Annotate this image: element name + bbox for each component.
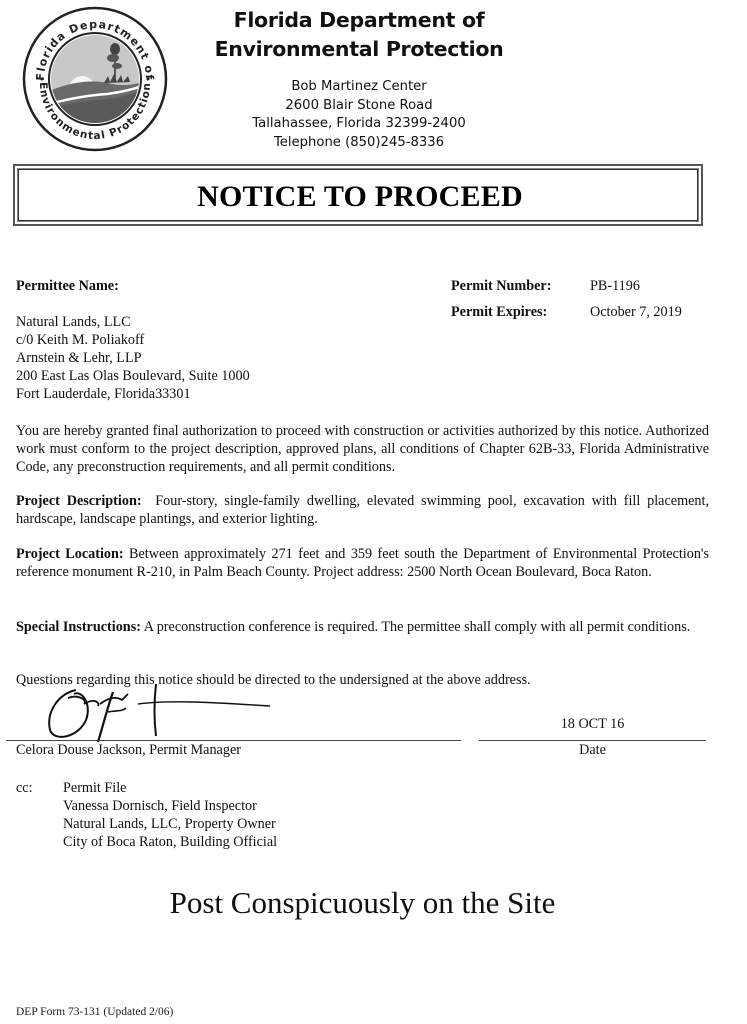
project-description: Project Description: Four-story, single-… [16,492,709,528]
cc-recipient: Permit File [63,779,277,797]
permittee-line: 200 East Las Olas Boulevard, Suite 1000 [16,367,250,385]
agency-name-line2: Environmental Protection [200,35,518,64]
permit-expires-label: Permit Expires: [451,303,547,321]
cc-recipient: City of Boca Raton, Building Official [63,833,277,851]
permit-number-value: PB-1196 [590,277,640,295]
permittee-label: Permittee Name: [16,277,119,295]
address-line: Telephone (850)245-8336 [200,134,518,153]
project-location-label: Project Location: [16,546,124,562]
form-footer: DEP Form 73-131 (Updated 2/06) [16,1005,173,1019]
cc-list: Permit File Vanessa Dornisch, Field Insp… [63,779,277,851]
permittee-line: c/0 Keith M. Poliakoff [16,331,250,349]
permittee-line: Natural Lands, LLC [16,313,250,331]
project-location: Project Location: Between approximately … [16,545,709,581]
permit-expires-value: October 7, 2019 [590,303,682,321]
address-line: Bob Martinez Center [200,78,518,97]
cc-recipient: Vanessa Dornisch, Field Inspector [63,797,277,815]
cc-label: cc: [16,779,33,797]
signature-line [6,740,461,741]
permittee-address: Natural Lands, LLC c/0 Keith M. Poliakof… [16,313,250,403]
signer-name: Celora Douse Jackson, Permit Manager [16,742,241,759]
signature-image [38,682,278,744]
address-line: 2600 Blair Stone Road [200,97,518,116]
authorization-paragraph: You are hereby granted final authorizati… [16,422,709,476]
project-description-label: Project Description: [16,493,142,509]
permittee-line: Fort Lauderdale, Florida33301 [16,385,250,403]
special-instructions: Special Instructions: A preconstruction … [16,618,709,636]
permit-number-label: Permit Number: [451,277,551,295]
permittee-line: Arnstein & Lehr, LLP [16,349,250,367]
cc-recipient: Natural Lands, LLC, Property Owner [63,815,277,833]
special-instructions-text: A preconstruction conference is required… [144,619,691,635]
agency-name: Florida Department of Environmental Prot… [200,6,518,64]
document-title: NOTICE TO PROCEED [13,179,707,215]
dep-seal-icon: Florida Department of Environmental Prot… [22,6,168,152]
post-notice: Post Conspicuously on the Site [0,883,725,923]
signature-date: 18 OCT 16 [479,716,706,733]
address-line: Tallahassee, Florida 32399-2400 [200,115,518,134]
date-line [479,740,706,741]
agency-address: Bob Martinez Center 2600 Blair Stone Roa… [200,78,518,152]
agency-name-line1: Florida Department of [200,6,518,35]
special-instructions-label: Special Instructions: [16,619,141,635]
date-label: Date [479,742,706,759]
